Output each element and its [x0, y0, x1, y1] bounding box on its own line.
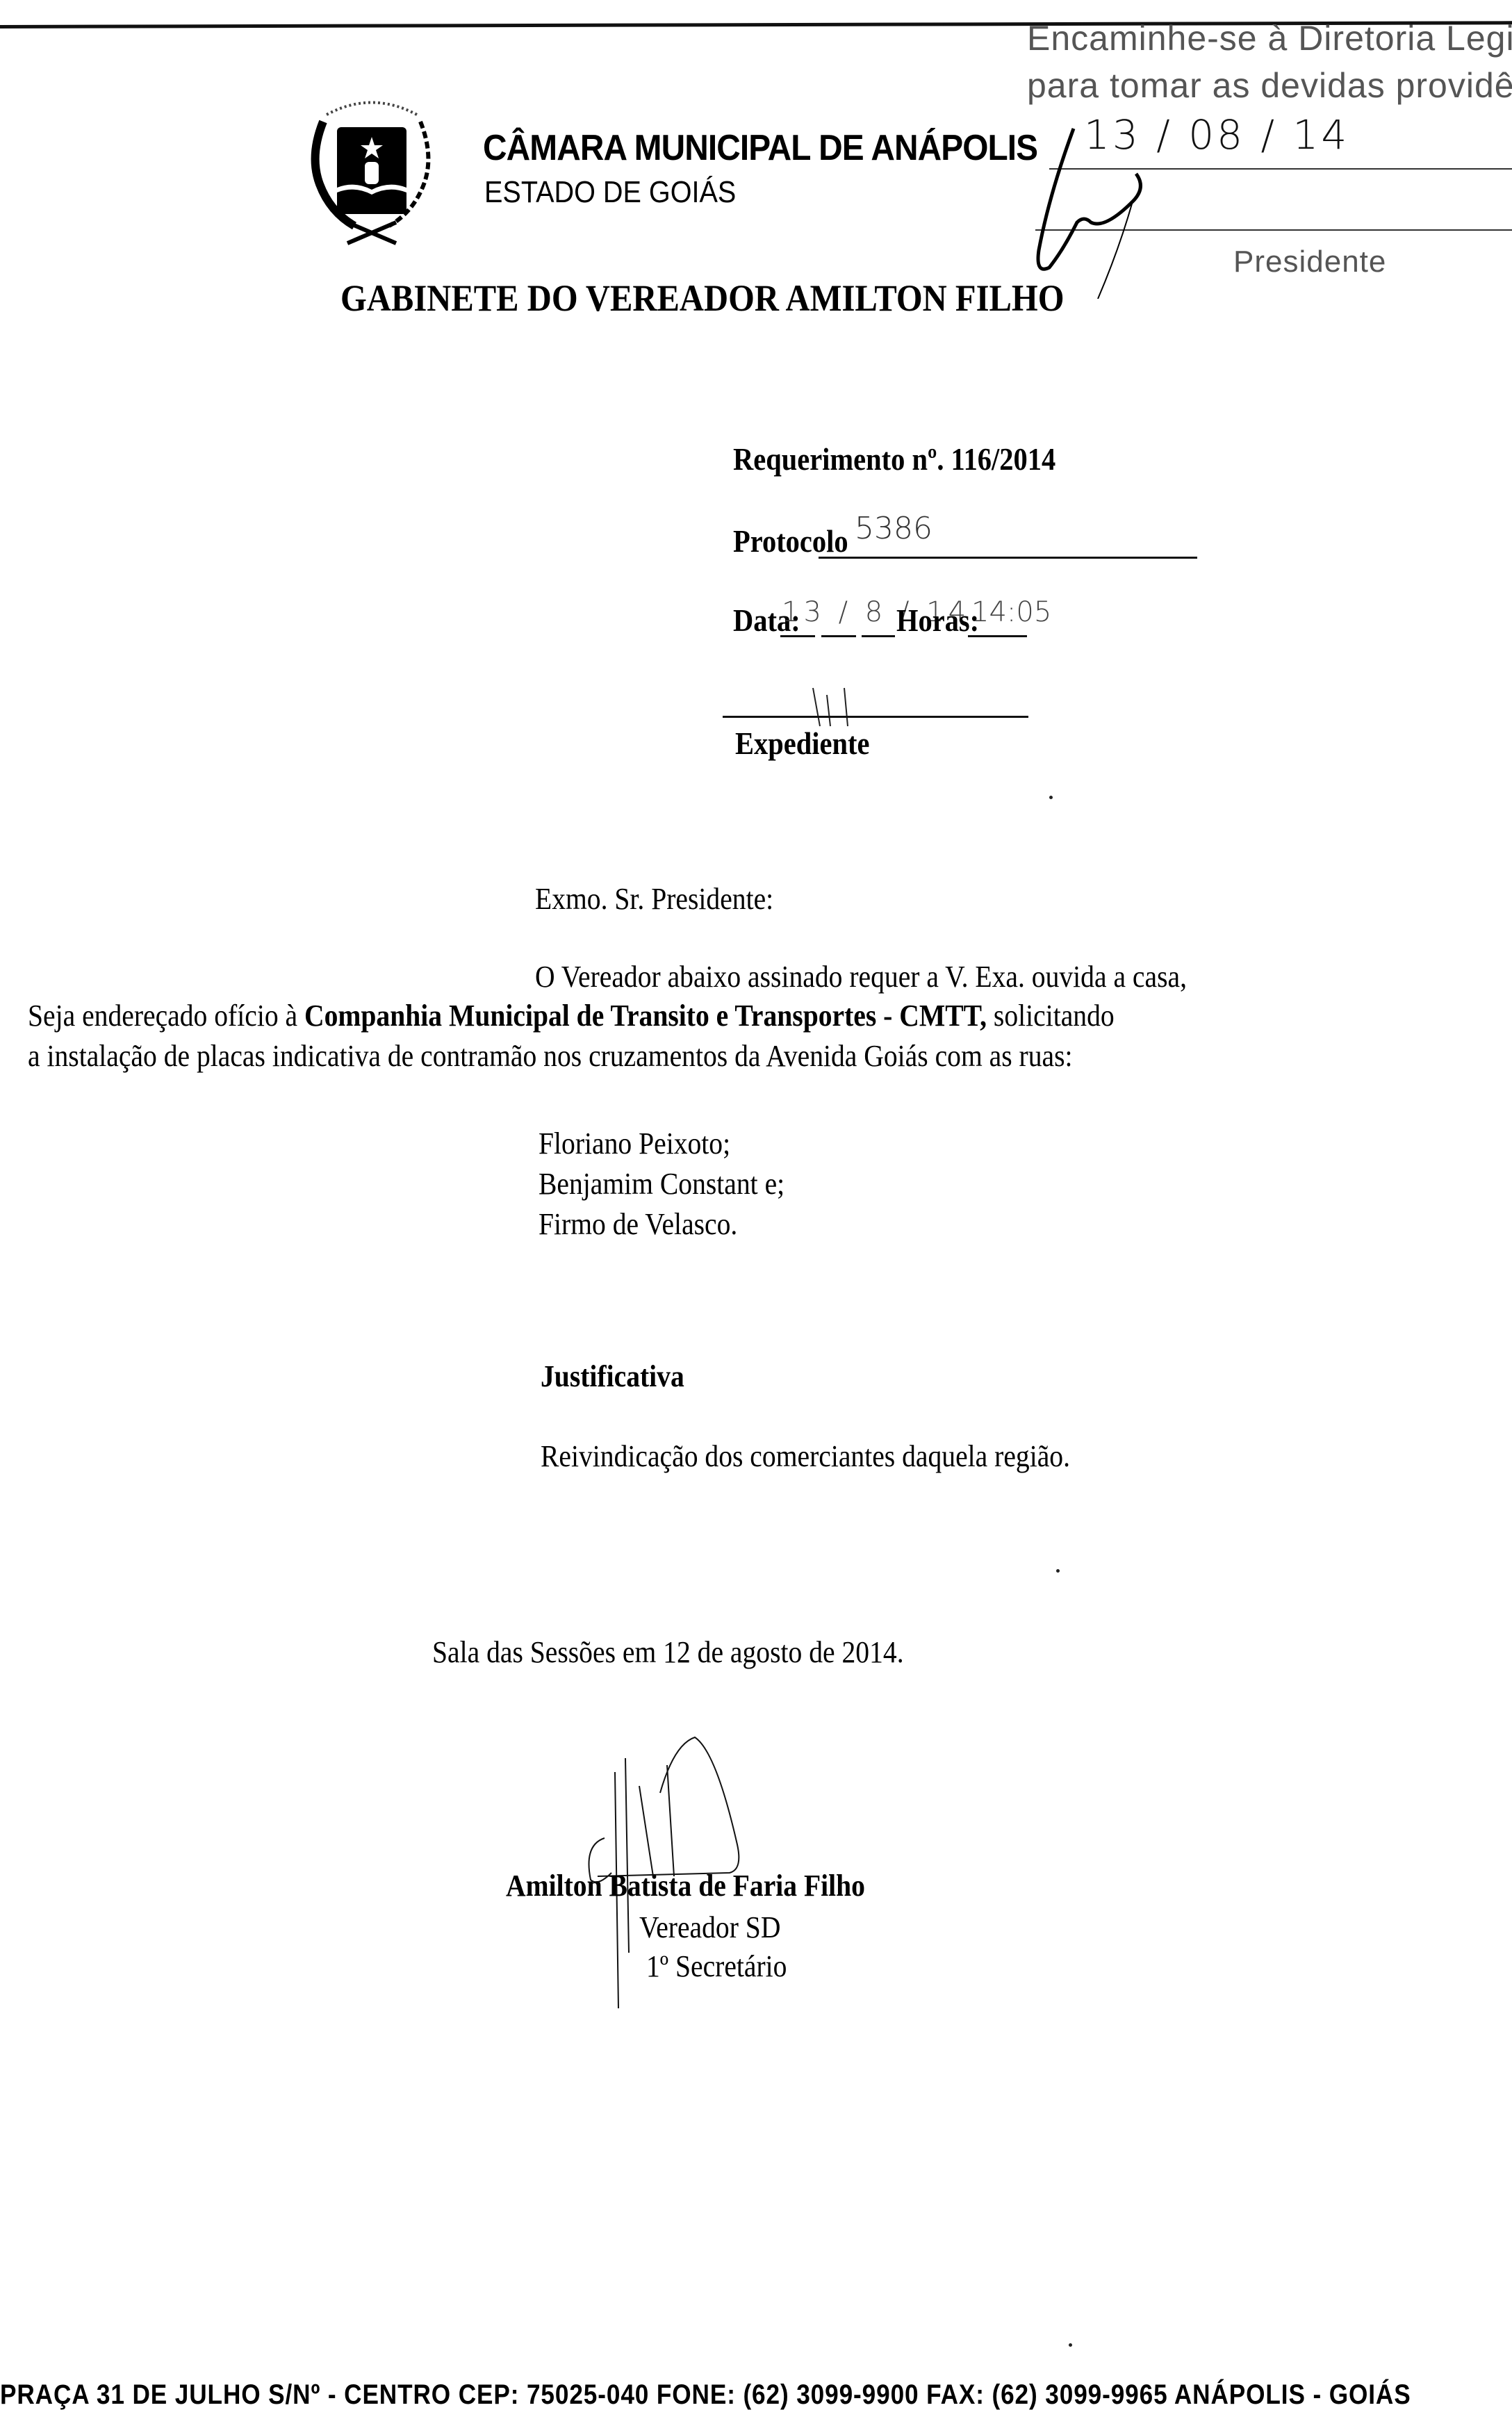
hours-value: 14:05 [971, 596, 1051, 628]
speck [1069, 2343, 1072, 2347]
footer-address: PRAÇA 31 DE JULHO S/Nº - CENTRO CEP: 750… [0, 2379, 1411, 2411]
justification-heading: Justificativa [541, 1359, 684, 1394]
expediente-underline [723, 716, 1028, 718]
organization-state: ESTADO DE GOIÁS [484, 175, 736, 210]
signer-name: Amilton Batista de Faria Filho [506, 1868, 865, 1903]
street-item: Firmo de Velasco. [539, 1206, 737, 1242]
date-day-underline [780, 635, 815, 637]
hours-underline [968, 635, 1027, 637]
date-month-underline [821, 635, 856, 637]
request-paragraph-line2: Seja endereçado ofício à Companhia Munic… [28, 998, 1115, 1033]
signer-title: 1º Secretário [646, 1949, 787, 1984]
expediente-initials-icon [799, 674, 869, 730]
hours-label: Horas: [896, 602, 979, 639]
expediente-label: Expediente [735, 725, 869, 762]
paragraph-text: Seja endereçado ofício à [28, 999, 304, 1033]
recipient-agency: Companhia Municipal de Transito e Transp… [304, 999, 987, 1033]
signer-role: Vereador SD [639, 1910, 780, 1945]
protocol-underline [819, 557, 1197, 559]
stamp-president-label: Presidente [1233, 245, 1386, 279]
president-signature-icon [1035, 111, 1195, 299]
street-item: Floriano Peixoto; [539, 1126, 730, 1161]
organization-name: CÂMARA MUNICIPAL DE ANÁPOLIS [483, 127, 1037, 169]
place-and-date: Sala das Sessões em 12 de agosto de 2014… [432, 1634, 904, 1670]
street-item: Benjamim Constant e; [539, 1166, 784, 1202]
protocol-label: Protocolo [733, 523, 848, 559]
justification-text: Reivindicação dos comerciantes daquela r… [541, 1438, 1070, 1474]
salutation: Exmo. Sr. Presidente: [535, 881, 773, 917]
stamp-instruction-line1: Encaminhe-se à Diretoria Legis [1027, 18, 1512, 58]
date-year-underline [862, 635, 895, 637]
request-paragraph-line1: O Vereador abaixo assinado requer a V. E… [535, 959, 1187, 994]
protocol-value: 5386 [855, 511, 932, 546]
office-title: GABINETE DO VEREADOR AMILTON FILHO [340, 277, 1065, 320]
request-paragraph-line3: a instalação de placas indicativa de con… [28, 1038, 1073, 1074]
request-number: Requerimento nº. 116/2014 [733, 441, 1055, 477]
coat-of-arms-icon [306, 94, 438, 250]
stamp-instruction-line2: para tomar as devidas providê [1027, 65, 1512, 106]
paragraph-text: solicitando [987, 999, 1115, 1033]
speck [1049, 796, 1053, 799]
speck [1056, 1569, 1060, 1573]
